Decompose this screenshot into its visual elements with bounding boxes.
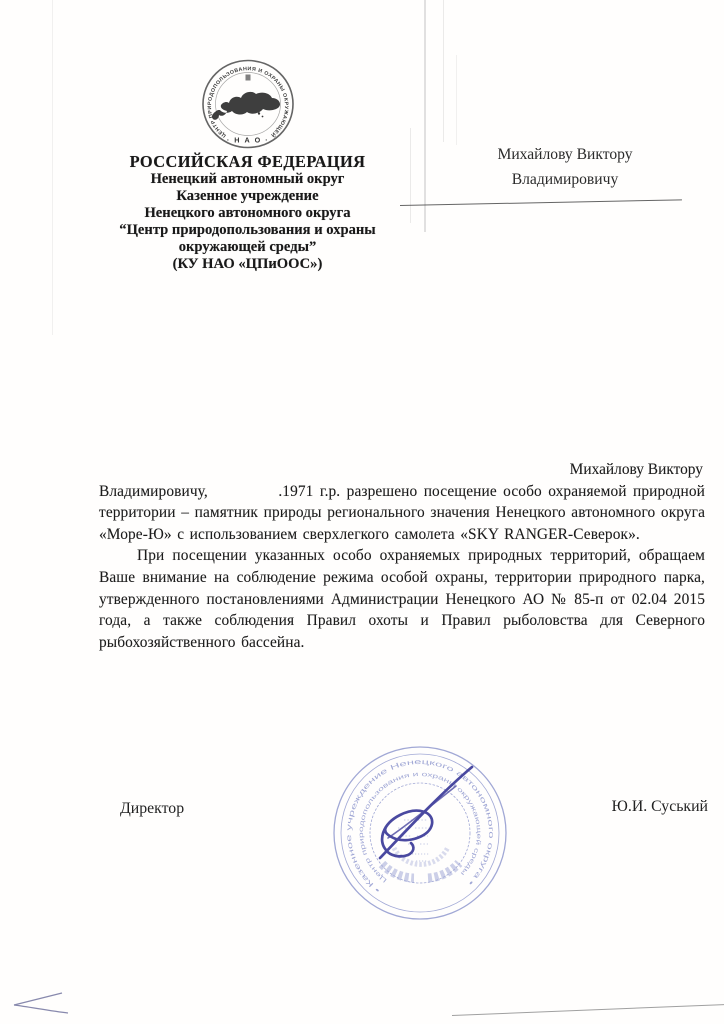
- letterhead-block: РОССИЙСКАЯ ФЕДЕРАЦИЯ Ненецкий автономный…: [85, 152, 410, 273]
- scan-artifact-streak: [424, 0, 426, 232]
- body-paragraph-2: При посещении указанных особо охраняемых…: [99, 545, 705, 653]
- letterhead-emblem-seal: ЦЕНТР ПРИРОДОПОЛЬЗОВАНИЯ И ОХРАНЫ ОКРУЖА…: [196, 58, 300, 156]
- scan-artifact-streak: [456, 55, 457, 145]
- letterhead-org-type: Казенное учреждение: [85, 188, 410, 205]
- emblem-crest-mark: [246, 75, 251, 81]
- body-paragraph-1: Владимировичу, .1971 г.р. разрешено посе…: [99, 481, 705, 546]
- letterhead-org-name-2: окружающей среды”: [85, 239, 410, 256]
- scanned-letter-page: ЦЕНТР ПРИРОДОПОЛЬЗОВАНИЯ И ОХРАНЫ ОКРУЖА…: [0, 0, 724, 1024]
- scan-artifact-streak: [443, 0, 444, 142]
- emblem-speck: [262, 116, 264, 118]
- signer-title: Директор: [120, 800, 184, 818]
- letterhead-region: Ненецкий автономный округ: [85, 171, 410, 188]
- emblem-map-silhouette: [212, 92, 280, 120]
- addressee-block: Михайлову Виктору Владимировичу: [440, 143, 690, 192]
- scan-paper-edge: [452, 1004, 724, 1016]
- letter-body: Михайлову Виктору Владимировичу, .1971 г…: [99, 459, 705, 653]
- body-salutation: Михайлову Виктору: [99, 459, 705, 481]
- letterhead-org-region: Ненецкого автономного округа: [85, 205, 410, 222]
- pen-check-mark: [4, 988, 76, 1018]
- official-stamp: • Казенное учреждение Ненецкого автономн…: [328, 742, 516, 930]
- addressee-name-line2: Владимировичу: [440, 168, 690, 193]
- signer-name: Ю.И. Суський: [612, 798, 708, 816]
- stamp-hatch-decoration: [382, 847, 459, 878]
- stamp-ring-text-outer: • Казенное учреждение Ненецкого автономн…: [346, 759, 494, 894]
- svg-text:• Казенное учреждение Ненецког: • Казенное учреждение Ненецкого автономн…: [346, 759, 494, 894]
- letterhead-country: РОССИЙСКАЯ ФЕДЕРАЦИЯ: [85, 152, 410, 171]
- addressee-name-line1: Михайлову Виктору: [440, 143, 690, 168]
- scan-artifact-streak: [410, 128, 411, 223]
- scan-artifact-streak: [52, 0, 53, 335]
- letterhead-org-abbrev: (КУ НАО «ЦПиООС»): [85, 256, 410, 273]
- emblem-speck: [258, 112, 260, 114]
- emblem-nao-label: · Н А О ·: [227, 136, 269, 145]
- addressee-underline: [400, 199, 682, 206]
- letterhead-org-name-1: “Центр природопользования и охраны: [85, 222, 410, 239]
- stamp-rings: • Казенное учреждение Ненецкого автономн…: [334, 747, 506, 919]
